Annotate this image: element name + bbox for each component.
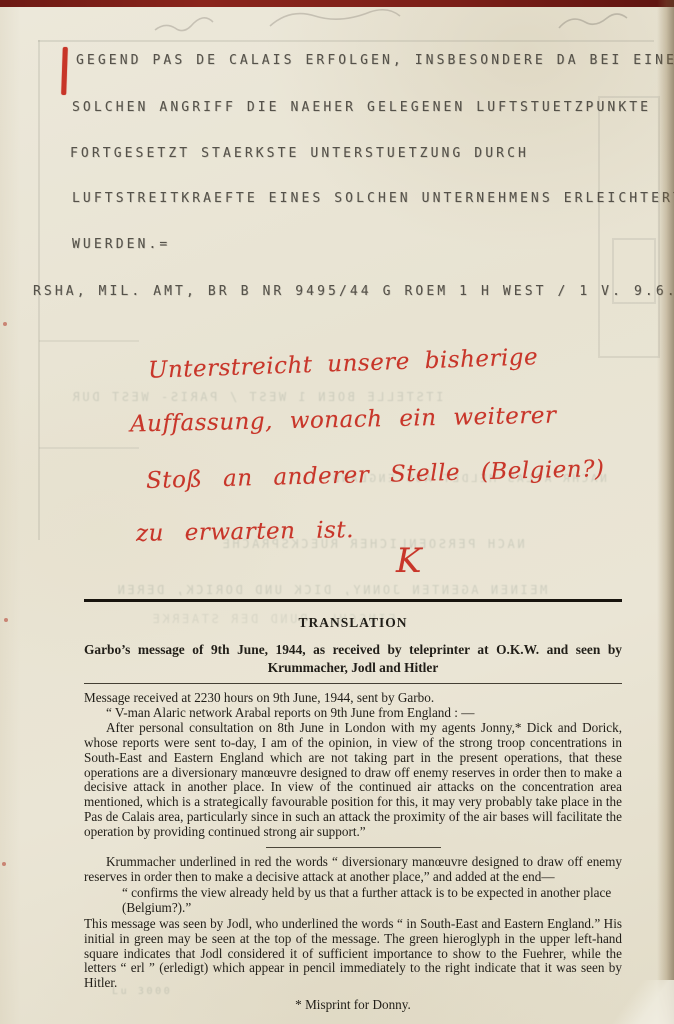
translation-subtitle-line1: Garbo’s message of 9th June, 1944, as re… bbox=[84, 642, 622, 658]
form-outline-top bbox=[38, 40, 654, 42]
pencil-scribble bbox=[150, 6, 490, 40]
translation-quote-open: “ V-man Alaric network Arabal reports on… bbox=[84, 706, 622, 721]
handwritten-note-line: Unterstreicht unsere bisherige bbox=[148, 344, 539, 384]
teleprinter-line: GEGEND PAS DE CALAIS ERFOLGEN, INSBESOND… bbox=[76, 53, 674, 68]
teleprinter-reference-line: RSHA, MIL. AMT, BR B NR 9495/44 G ROEM 1… bbox=[33, 284, 674, 299]
translation-intro: Message received at 2230 hours on 9th Ju… bbox=[84, 691, 622, 706]
handwritten-note-line: Auffassung, wonach ein weiterer bbox=[130, 403, 557, 438]
red-ink-speck bbox=[3, 322, 7, 326]
translation-subtitle-line2: Krummacher, Jodl and Hitler bbox=[84, 660, 622, 676]
divider-thick bbox=[84, 599, 622, 602]
teleprinter-line: LUFTSTREITKRAEFTE EINES SOLCHEN UNTERNEH… bbox=[72, 191, 674, 206]
form-tick-2 bbox=[39, 447, 139, 449]
teleprinter-line: WUERDEN.= bbox=[72, 237, 170, 252]
red-ink-speck bbox=[4, 618, 8, 622]
translation-krummacher-note: Krummacher underlined in red the words “… bbox=[84, 855, 622, 885]
handwritten-note-line: zu erwarten ist. bbox=[136, 517, 354, 547]
translation-krummacher-quote: “ confirms the view already held by us t… bbox=[122, 886, 622, 916]
divider-thin bbox=[84, 683, 622, 684]
teleprinter-line: FORTGESETZT STAERKSTE UNTERSTUETZUNG DUR… bbox=[70, 146, 529, 161]
page-edge-shadow bbox=[657, 0, 674, 1024]
scanned-document-page: ITSTELLE BOEN 1 WEST / PARIS- WEST DUR N… bbox=[0, 0, 674, 1024]
page-corner-highlight bbox=[604, 980, 674, 1024]
red-ink-tick bbox=[61, 47, 68, 95]
translation-section: TRANSLATION Garbo’s message of 9th June,… bbox=[84, 599, 622, 1013]
translation-jodl-note: This message was seen by Jodl, who under… bbox=[84, 917, 622, 992]
pencil-scribble bbox=[555, 8, 645, 38]
translation-quote-body: After personal consultation on 8th June … bbox=[84, 721, 622, 840]
stamp-box-ghost bbox=[598, 96, 660, 358]
teleprinter-line: SOLCHEN ANGRIFF DIE NAEHER GELEGENEN LUF… bbox=[72, 100, 651, 115]
bleed-through-text: MEINEN AGENTEN JONNY, DICK UND DORICK, D… bbox=[115, 583, 547, 597]
translation-title: TRANSLATION bbox=[84, 615, 622, 631]
divider-short bbox=[266, 847, 441, 848]
translation-footnote: * Misprint for Donny. bbox=[84, 998, 622, 1013]
form-tick-1 bbox=[39, 340, 139, 342]
binding-edge-top bbox=[0, 0, 674, 7]
handwritten-initial-K: K bbox=[396, 541, 422, 581]
handwritten-note-line: Stoß an anderer Stelle (Belgien?) bbox=[146, 456, 605, 494]
bleed-through-text: ITSTELLE BOEN 1 WEST / PARIS- WEST DUR bbox=[70, 390, 443, 404]
red-ink-speck bbox=[2, 862, 6, 866]
